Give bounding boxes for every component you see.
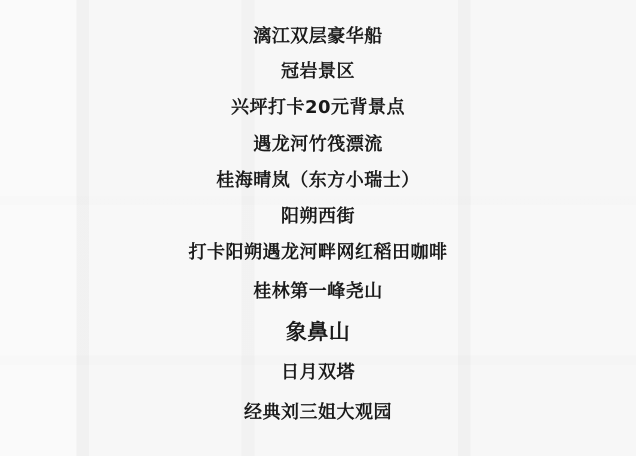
attraction-guihai-qinglan: 桂海晴岚（东方小瑞士）	[0, 169, 636, 193]
attraction-yaoshan: 桂林第一峰尧山	[0, 280, 636, 304]
attraction-liu-sanjie-park: 经典刘三姐大观园	[0, 401, 636, 425]
attraction-west-street: 阳朔西街	[0, 205, 636, 229]
attraction-list: 漓江双层豪华船 冠岩景区 兴坪打卡20元背景点 遇龙河竹筏漂流 桂海晴岚（东方小…	[0, 0, 636, 456]
attraction-lijiang-cruise: 漓江双层豪华船	[0, 25, 636, 49]
attraction-yulong-rafting: 遇龙河竹筏漂流	[0, 133, 636, 157]
attraction-sun-moon-pagodas: 日月双塔	[0, 361, 636, 385]
attraction-guanyan: 冠岩景区	[0, 60, 636, 84]
attraction-rice-field-cafe: 打卡阳朔遇龙河畔网红稻田咖啡	[0, 241, 636, 265]
attraction-xingping: 兴坪打卡20元背景点	[0, 96, 636, 120]
attraction-elephant-trunk-hill: 象鼻山	[0, 318, 636, 346]
